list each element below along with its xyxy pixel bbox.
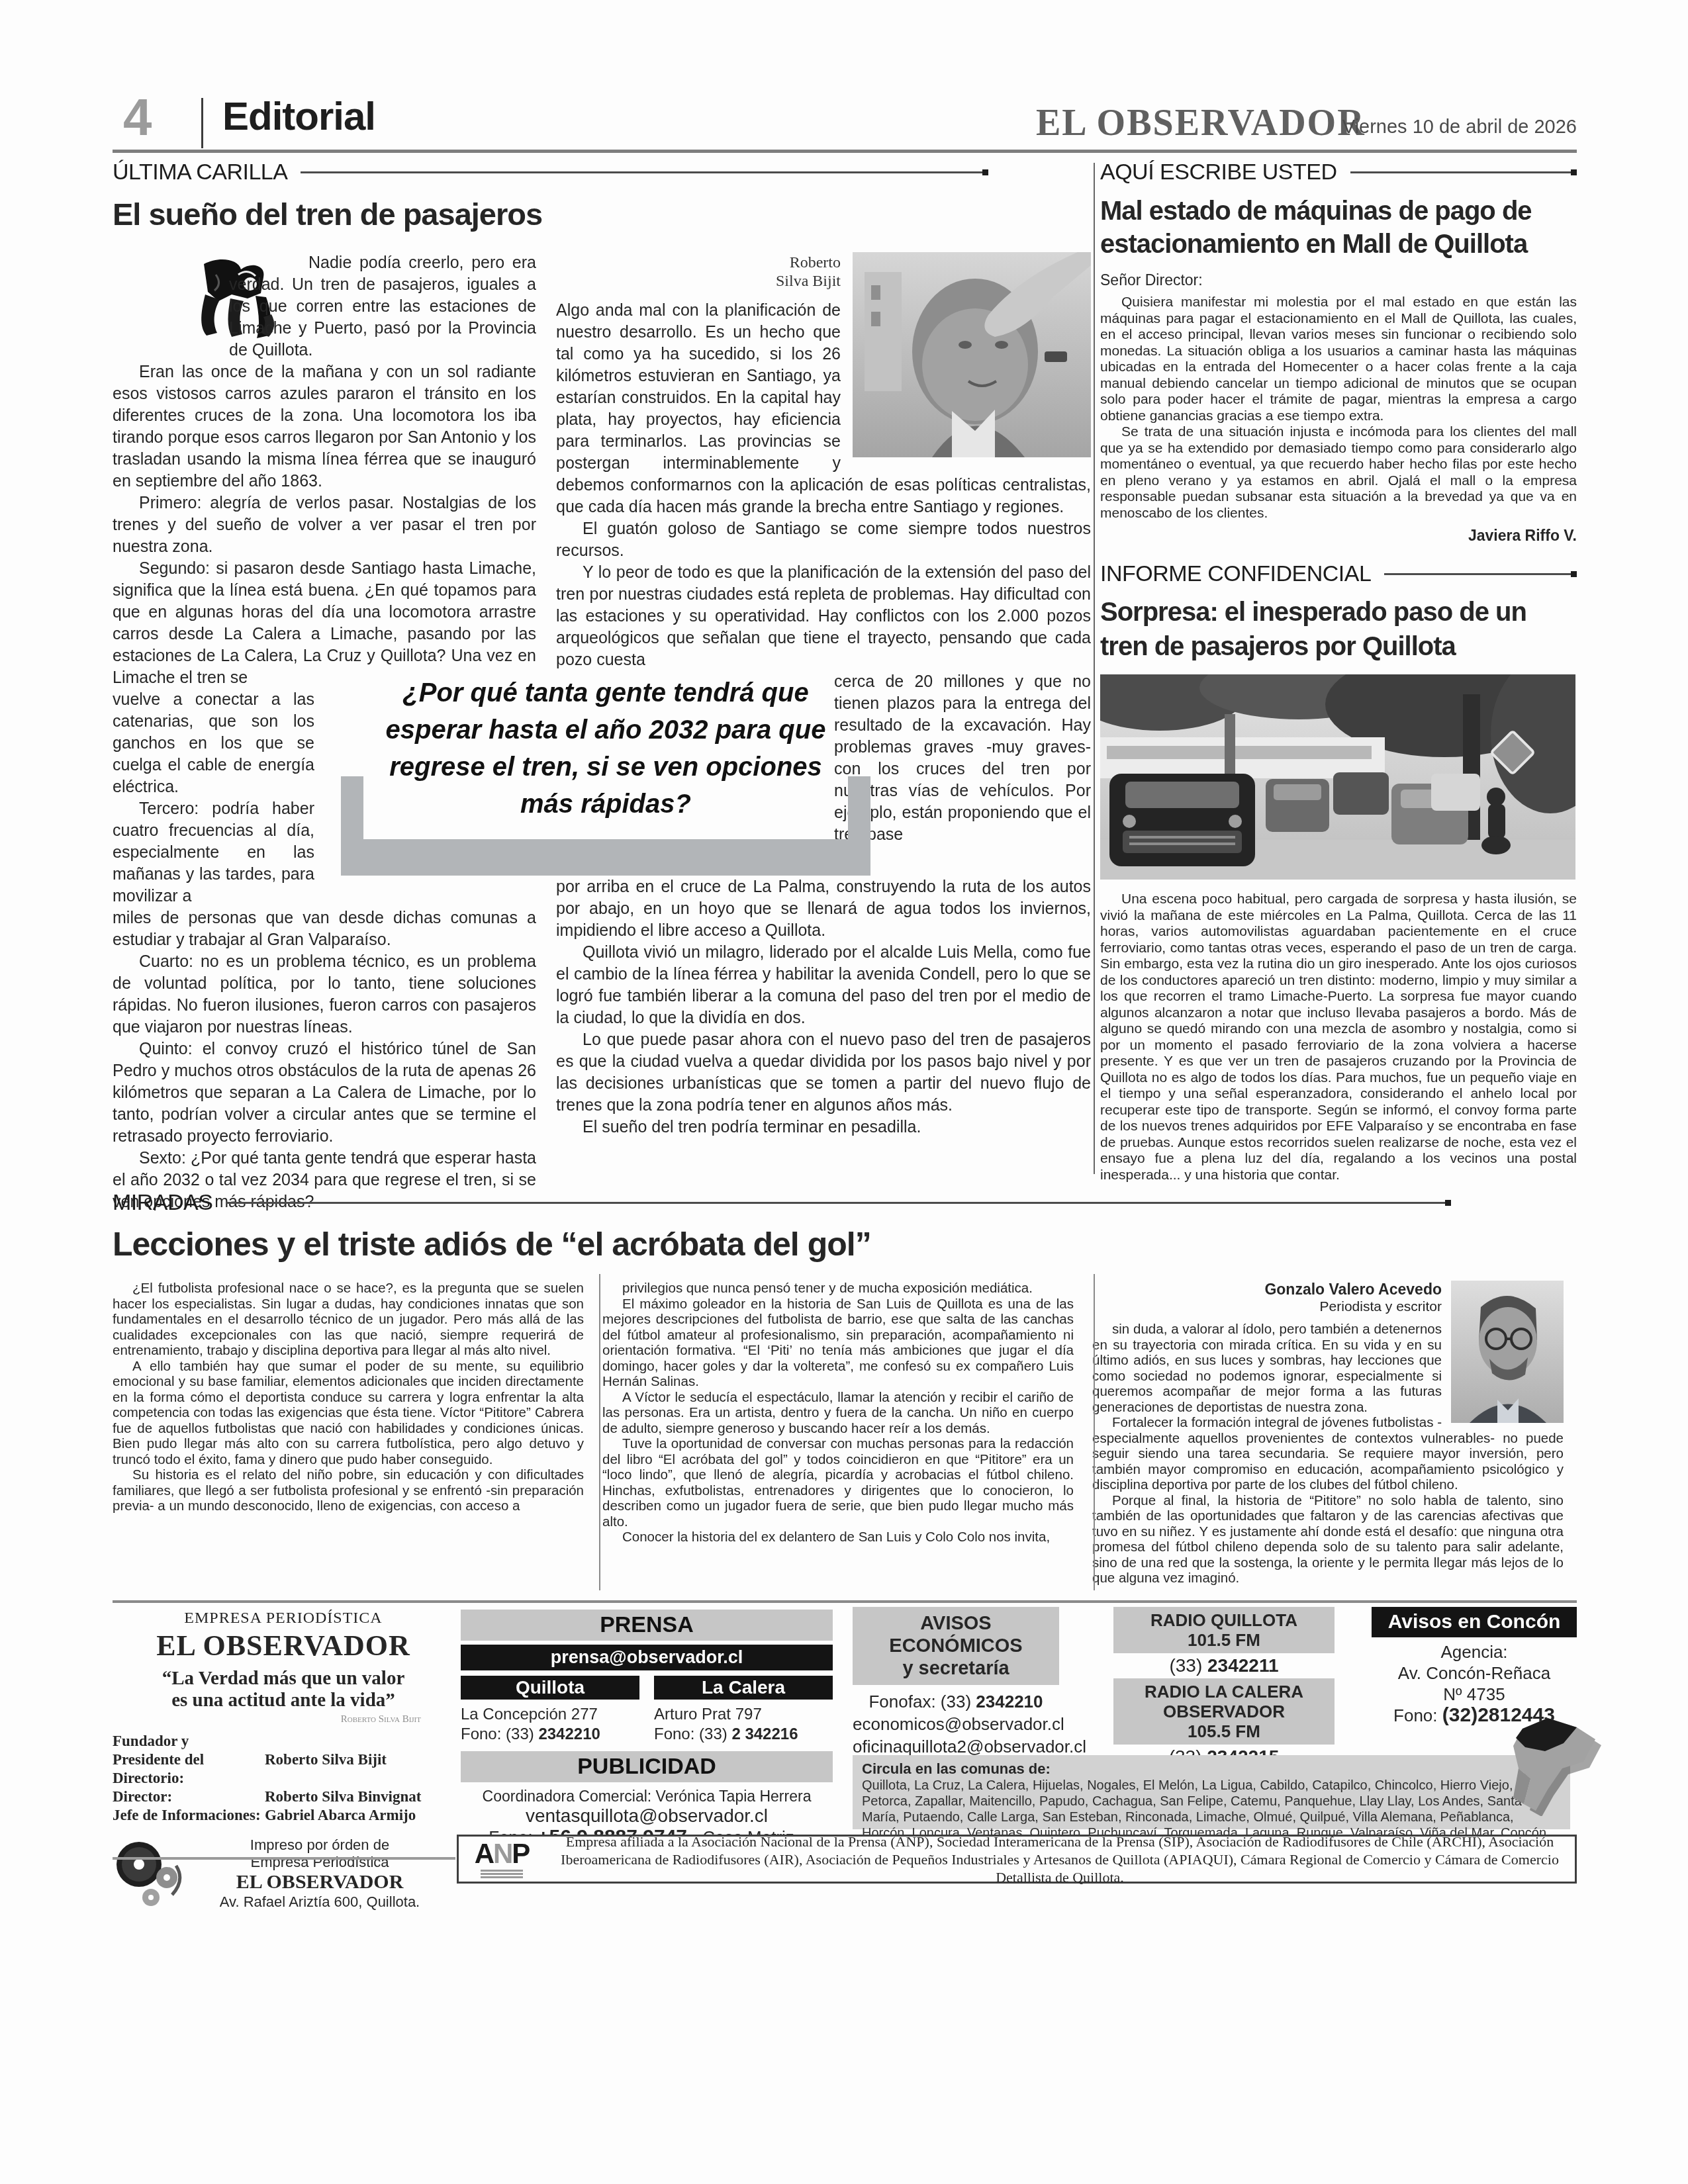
paragraph: El sueño del tren podría terminar en pes… <box>556 1116 1091 1138</box>
author-photo-roberto <box>853 252 1091 457</box>
footer-rule <box>113 1600 1577 1603</box>
miradas-column-divider <box>1094 1274 1095 1590</box>
editorial-sketch-icon <box>113 255 217 347</box>
right-column: AQUÍ ESCRIBE USTED Mal estado de máquina… <box>1100 158 1577 1193</box>
publicidad-title: PUBLICIDAD <box>461 1751 833 1782</box>
kicker-rule <box>226 1202 1451 1204</box>
paragraph: Quinto: el convoy cruzó el histórico tún… <box>113 1038 536 1148</box>
paragraph: Tuve la oportunidad de conversar con muc… <box>602 1436 1074 1529</box>
radio-la-calera: RADIO LA CALERA OBSERVADOR 105.5 FM <box>1113 1678 1335 1745</box>
miradas-column-2: privilegios que nunca pensó tener y de m… <box>602 1281 1074 1586</box>
prensa-la-calera: La Calera Arturo Prat 797 Fono: (33) 2 3… <box>654 1676 833 1745</box>
paragraph: El guatón goloso de Santiago se come sie… <box>556 518 1091 562</box>
article-ultima-carilla: ÚLTIMA CARILLA El sueño del tren de pasa… <box>113 158 1091 1190</box>
publisher-motto: “La Verdad más que un valor es una actit… <box>113 1668 454 1711</box>
paragraph: por arriba en el cruce de La Palma, cons… <box>556 876 1091 942</box>
paragraph: Porque al final, la historia de “Pititor… <box>1092 1493 1564 1586</box>
paragraph: Primero: alegría de verlos pasar. Nostal… <box>113 492 536 558</box>
staff-value: Roberto Silva Bijit <box>265 1751 454 1788</box>
anp-logo-lines <box>481 1870 523 1878</box>
miradas-column-1: ¿El futbolista profesional nace o se hac… <box>113 1281 584 1586</box>
avisos-fonofax: Fonofax: (33) 2342210 <box>853 1690 1059 1713</box>
city-title: Quillota <box>461 1676 639 1700</box>
imprint: Impreso por órden de Empresa Periodístic… <box>185 1837 454 1911</box>
radio-quillota: RADIO QUILLOTA 101.5 FM <box>1113 1607 1335 1653</box>
publisher-kicker: EMPRESA PERIODÍSTICA <box>113 1610 454 1627</box>
anp-affiliation-text: Empresa afiliada a la Asociación Naciona… <box>545 1833 1575 1886</box>
publisher-box-rule <box>113 1857 455 1860</box>
kicker-ultima-carilla: ÚLTIMA CARILLA <box>113 159 287 185</box>
miradas-column-3: Gonzalo Valero Acevedo Periodista y escr… <box>1092 1281 1564 1586</box>
radio-box: RADIO QUILLOTA 101.5 FM (33) 2342211 RAD… <box>1113 1607 1335 1770</box>
avisos-economicos-box: AVISOS ECONÓMICOS y secretaría Fonofax: … <box>853 1607 1059 1758</box>
kicker-rule <box>1350 171 1577 173</box>
pull-quote-block: ¿Por qué tanta gente tendrá que esperar … <box>341 670 870 876</box>
city-address: Arturo Prat 797 <box>654 1705 833 1725</box>
paragraph: A Víctor le seducía el espectáculo, llam… <box>602 1390 1074 1437</box>
informe-photo-train-crossing <box>1100 674 1575 880</box>
region-map <box>1484 1705 1614 1816</box>
printing-press-logo <box>113 1839 185 1909</box>
paragraph: Se trata de una situación injusta e incó… <box>1100 424 1577 522</box>
publicidad-coordinator: Coordinadora Comercial: Verónica Tapia H… <box>461 1788 833 1805</box>
avisos-email-2: oficinaquillota2@observador.cl <box>853 1735 1059 1758</box>
concon-agency: Agencia: <box>1372 1641 1577 1662</box>
kicker-aqui-escribe-usted: AQUÍ ESCRIBE USTED <box>1100 159 1337 185</box>
paragraph: miles de personas que van desde dichas c… <box>113 907 536 951</box>
pullquote-wrap-gap: vuelve a conectar a las catenarias, que … <box>113 689 314 907</box>
page-number: 4 <box>123 91 152 143</box>
pullquote-wrap-gap: cerca de 20 millones y que no tienen pla… <box>834 671 1091 876</box>
concon-title: Avisos en Concón <box>1372 1607 1577 1637</box>
letter-body: Quisiera manifestar mi molestia por el m… <box>1100 295 1577 522</box>
city-address: La Concepción 277 <box>461 1705 639 1725</box>
author-photo-gonzalo <box>1451 1281 1564 1423</box>
circulation-label: Circula en las comunas de: <box>862 1760 1561 1778</box>
paragraph: A ello también hay que sumar el poder de… <box>113 1359 584 1468</box>
header-divider <box>201 98 203 148</box>
edition-date: Viernes 10 de abril de 2026 <box>1342 116 1577 138</box>
informe-headline: Sorpresa: el inesperado paso de un tren … <box>1100 595 1577 664</box>
informe-body: Una escena poco habitual, pero cargada d… <box>1100 891 1577 1183</box>
prensa-box: PRENSA prensa@observador.cl Quillota La … <box>461 1610 833 1869</box>
article-headline: El sueño del tren de pasajeros <box>113 196 1091 232</box>
newspaper-page: 4 Editorial EL OBSERVADOR Viernes 10 de … <box>0 0 1688 2184</box>
paragraph: Eran las once de la mañana y con un sol … <box>113 361 536 492</box>
staff-value: Roberto Silva Binvignat <box>265 1788 454 1806</box>
miradas-headline: Lecciones y el triste adiós de “el acrób… <box>113 1225 1577 1263</box>
paragraph: Cuarto: no es un problema técnico, es un… <box>113 951 536 1038</box>
staff-value <box>265 1732 454 1751</box>
concon-address: Av. Concón-Reñaca <box>1372 1662 1577 1684</box>
article-miradas: MIRADAS Lecciones y el triste adiós de “… <box>113 1188 1577 1602</box>
kicker-miradas: MIRADAS <box>113 1190 212 1216</box>
miradas-column-divider <box>599 1274 600 1590</box>
kicker-rule <box>1384 573 1577 575</box>
paragraph: Quillota vivió un milagro, liderado por … <box>556 942 1091 1029</box>
masthead: EL OBSERVADOR <box>1036 105 1366 142</box>
section-title: Editorial <box>222 97 375 136</box>
staff-label: Jefe de Informaciones: <box>113 1806 265 1825</box>
staff-value: Gabriel Abarca Armijo <box>265 1806 454 1825</box>
paragraph: El máximo goleador en la historia de San… <box>602 1297 1074 1390</box>
paragraph: ¿El futbolista profesional nace o se hac… <box>113 1281 584 1359</box>
paragraph: Y lo peor de todo es que la planificació… <box>556 562 1091 671</box>
publicidad-email: ventasquillota@observador.cl <box>461 1805 833 1827</box>
paragraph: Su historia es el relato del niño pobre,… <box>113 1467 584 1514</box>
prensa-email: prensa@observador.cl <box>461 1645 833 1670</box>
paragraph: Lo que puede pasar ahora con el nuevo pa… <box>556 1029 1091 1116</box>
letter-headline: Mal estado de máquinas de pago de estaci… <box>1100 195 1577 261</box>
paragraph: vuelve a conectar a las catenarias, que … <box>113 689 314 798</box>
letter-signature: Javiera Riffo V. <box>1100 527 1577 545</box>
staff-label: Presidente del Directorio: <box>113 1751 265 1788</box>
paragraph: Conocer la historia del ex delantero de … <box>602 1529 1074 1545</box>
paragraph: Segundo: si pasaron desde Santiago hasta… <box>113 558 536 689</box>
pull-quote: ¿Por qué tanta gente tendrá que esperar … <box>374 674 837 823</box>
kicker-row: ÚLTIMA CARILLA <box>113 158 1091 187</box>
radio-quillota-phone: (33) 2342211 <box>1113 1653 1335 1678</box>
header-rule <box>113 150 1577 153</box>
publisher-box: EMPRESA PERIODÍSTICA EL OBSERVADOR “La V… <box>113 1610 454 1911</box>
prensa-quillota: Quillota La Concepción 277 Fono: (33) 23… <box>461 1676 639 1745</box>
prensa-title: PRENSA <box>461 1610 833 1641</box>
paragraph: Fortalecer la formación integral de jóve… <box>1092 1415 1564 1493</box>
paragraph: cerca de 20 millones y que no tienen pla… <box>834 671 1091 846</box>
publisher-name: EL OBSERVADOR <box>113 1629 454 1662</box>
city-phone: Fono: (33) 2 342216 <box>654 1725 833 1745</box>
avisos-title: AVISOS ECONÓMICOS y secretaría <box>853 1607 1059 1685</box>
anp-affiliation-box: ANP Empresa afiliada a la Asociación Nac… <box>457 1835 1577 1884</box>
city-phone: Fono: (33) 2342210 <box>461 1725 639 1745</box>
paragraph: Quisiera manifestar mi molestia por el m… <box>1100 295 1577 424</box>
paragraph: privilegios que nunca pensó tener y de m… <box>602 1281 1074 1297</box>
column-divider <box>1094 163 1095 1174</box>
paragraph: Tercero: podría haber cuatro frecuencias… <box>113 798 314 907</box>
kicker-informe-confidencial: INFORME CONFIDENCIAL <box>1100 561 1371 587</box>
staff-label: Director: <box>113 1788 265 1806</box>
city-title: La Calera <box>654 1676 833 1700</box>
motto-author: Roberto Silva Bijit <box>113 1714 454 1725</box>
anp-logo: ANP <box>459 1840 545 1878</box>
letter-salutation: Señor Director: <box>1100 271 1577 289</box>
circulation-box: Circula en las comunas de: Quillota, La … <box>853 1755 1570 1829</box>
avisos-email-1: economicos@observador.cl <box>853 1713 1059 1735</box>
staff-label: Fundador y <box>113 1732 265 1751</box>
staff-list: Fundador y Presidente del Directorio: Ro… <box>113 1732 454 1825</box>
concon-number: Nº 4735 <box>1372 1684 1577 1705</box>
kicker-rule <box>301 171 988 173</box>
